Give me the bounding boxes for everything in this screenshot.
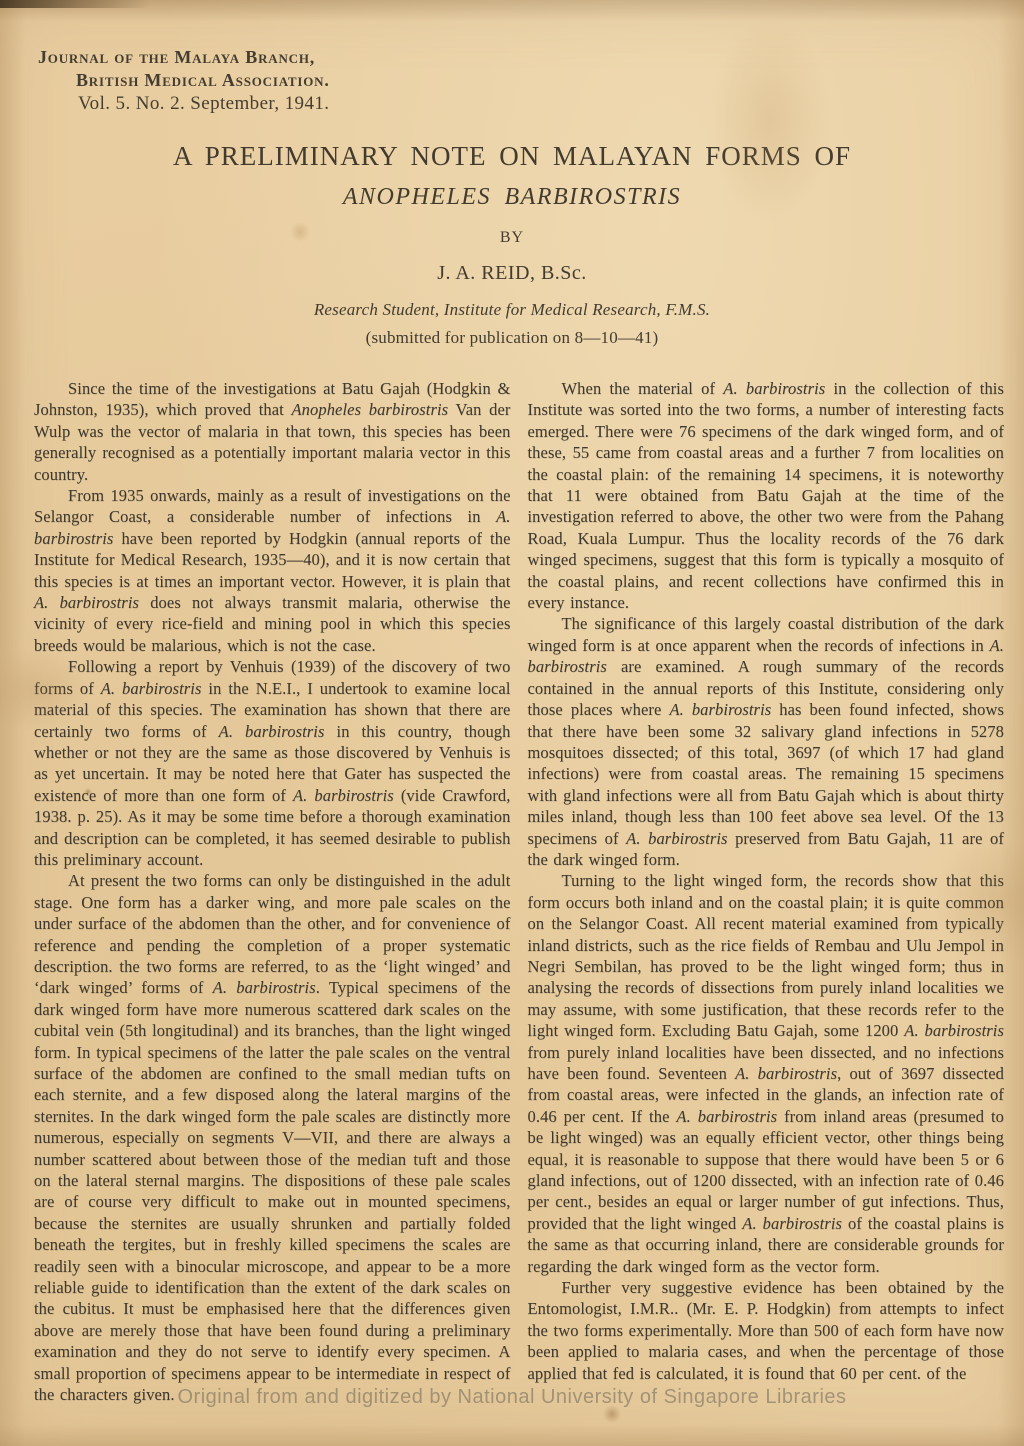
article-body: Since the time of the investigations at … xyxy=(0,378,1024,1406)
article-species-title: ANOPHELES BARBIROSTRIS xyxy=(0,184,1024,211)
author-name: J. A. REID, B.Sc. xyxy=(0,262,1024,285)
paragraph: Since the time of the investigations at … xyxy=(34,378,511,485)
paragraph: The significance of this largely coastal… xyxy=(528,613,1005,870)
paragraph: Further very suggestive evidence has bee… xyxy=(528,1277,1005,1384)
paragraph: Turning to the light winged form, the re… xyxy=(528,870,1005,1277)
journal-name-line1: Journal of the Malaya Branch, xyxy=(38,46,1024,69)
paragraph: At present the two forms can only be dis… xyxy=(34,870,511,1405)
journal-page: Journal of the Malaya Branch, British Me… xyxy=(0,0,1024,1446)
journal-masthead: Journal of the Malaya Branch, British Me… xyxy=(0,0,1024,115)
submission-note: (submitted for publication on 8—10—41) xyxy=(0,328,1024,348)
journal-name-line2: British Medical Association. xyxy=(38,69,1024,92)
byline-label: BY xyxy=(0,229,1024,247)
left-column: Since the time of the investigations at … xyxy=(34,378,511,1406)
right-column: When the material of A. barbirostris in … xyxy=(528,378,1005,1406)
article-title-block: A PRELIMINARY NOTE ON MALAYAN FORMS OF A… xyxy=(0,141,1024,348)
paragraph: Following a report by Venhuis (1939) of … xyxy=(34,656,511,870)
paragraph: From 1935 onwards, mainly as a result of… xyxy=(34,485,511,656)
author-affiliation: Research Student, Institute for Medical … xyxy=(0,300,1024,320)
article-title: A PRELIMINARY NOTE ON MALAYAN FORMS OF xyxy=(0,141,1024,172)
scan-edge-shadow xyxy=(0,0,150,8)
volume-issue-date: Vol. 5. No. 2. September, 1941. xyxy=(38,92,1024,115)
paragraph: When the material of A. barbirostris in … xyxy=(528,378,1005,613)
